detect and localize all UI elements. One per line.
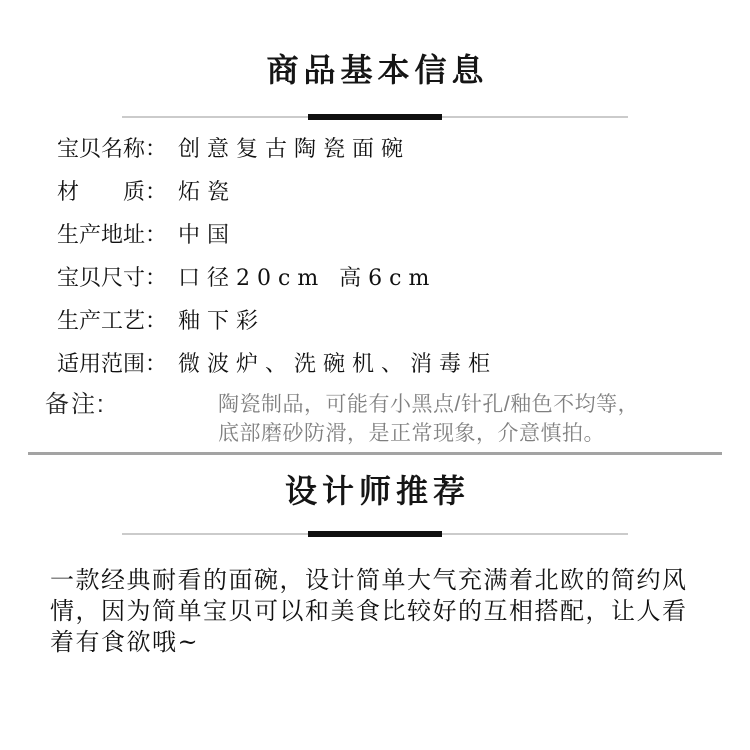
basic-info-section: 商品基本信息 宝贝名称： 创意复古陶瓷面碗 材 质： 炻瓷 生产地址： 中国 宝… [0,52,750,448]
attr-row-origin: 生产地址： 中国 [57,212,750,255]
attr-label: 材 质： [57,175,178,206]
section-divider [28,452,722,455]
product-detail-page: 商品基本信息 宝贝名称： 创意复古陶瓷面碗 材 质： 炻瓷 生产地址： 中国 宝… [0,0,750,750]
attr-label: 生产地址： [57,218,178,249]
attr-value: 微波炉、洗碗机、消毒柜 [178,347,497,378]
attr-label: 宝贝名称： [57,132,178,163]
rule-accent-bar [308,114,442,120]
designer-paragraph: 一款经典耐看的面碗，设计简单大气充满着北欧的简约风情，因为简单宝贝可以和美食比较… [0,565,712,658]
remark-line-2: 底部磨砂防滑，是正常现象，介意慎拍。 [218,419,639,448]
remark-row: 备注: 陶瓷制品，可能有小黑点/针孔/釉色不均等， 底部磨砂防滑，是正常现象，介… [0,390,750,448]
remark-text: 陶瓷制品，可能有小黑点/针孔/釉色不均等， 底部磨砂防滑，是正常现象，介意慎拍。 [218,390,639,448]
attr-row-craft: 生产工艺： 釉下彩 [57,298,750,341]
attr-value: 口径20cm 高6cm [178,261,436,292]
attr-label: 生产工艺： [57,304,178,335]
remark-label: 备注: [45,390,218,448]
attr-row-name: 宝贝名称： 创意复古陶瓷面碗 [57,126,750,169]
attr-row-size: 宝贝尺寸： 口径20cm 高6cm [57,255,750,298]
attr-row-scope: 适用范围： 微波炉、洗碗机、消毒柜 [57,341,750,384]
attr-label: 适用范围： [57,347,178,378]
attr-row-material: 材 质： 炻瓷 [57,169,750,212]
basic-info-title-rule [122,114,628,120]
section-title-designer: 设计师推荐 [0,473,750,509]
attribute-list: 宝贝名称： 创意复古陶瓷面碗 材 质： 炻瓷 生产地址： 中国 宝贝尺寸： 口径… [0,126,750,384]
designer-section: 设计师推荐 一款经典耐看的面碗，设计简单大气充满着北欧的简约风情，因为简单宝贝可… [0,473,750,658]
attr-value: 釉下彩 [178,304,265,335]
attr-value: 创意复古陶瓷面碗 [178,132,410,163]
designer-title-rule [122,531,628,537]
section-title-basic-info: 商品基本信息 [0,52,750,88]
attr-value: 炻瓷 [178,175,236,206]
remark-line-1: 陶瓷制品，可能有小黑点/针孔/釉色不均等， [218,390,639,419]
rule-accent-bar [308,531,442,537]
attr-label: 宝贝尺寸： [57,261,178,292]
attr-value: 中国 [178,218,236,249]
